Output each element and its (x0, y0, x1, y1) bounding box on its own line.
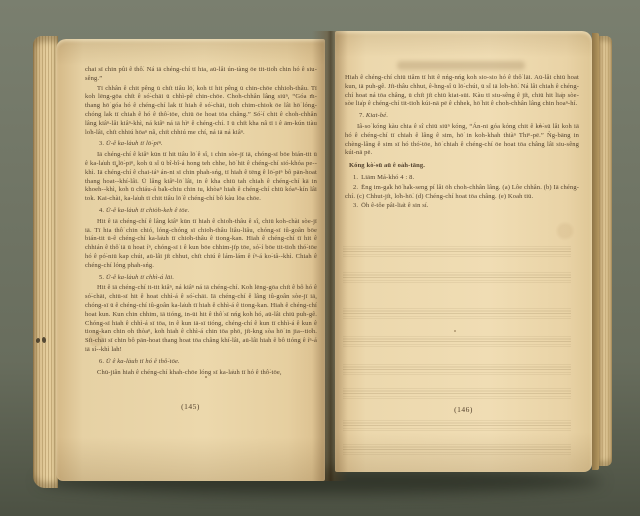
paragraph: Iā chéng-chí ê kiâⁿ kūn tī hit tiâu lō͘ … (85, 151, 317, 204)
section-title: Ū ê ka-la̍uh tī hó ê thô͘-tōe. (106, 358, 180, 365)
section-number: 6. (99, 358, 104, 365)
section-title: Kiat-bé. (366, 112, 388, 119)
bleedthrough-music-staff (343, 272, 571, 283)
section-number: 7. (359, 112, 364, 119)
activity-number: 2. (353, 184, 361, 191)
section-number: 5. (99, 274, 104, 281)
paragraph: Chū-jiân hiah ê chéng-chí khah-chōe lóng… (85, 369, 317, 378)
right-page-text: Hiah ê chéng-chí chiū tiâm tī hit ê nńg-… (345, 74, 579, 212)
activity-item: 3.Ōh ê-tôe pâi-lia̍t ê sin sí. (345, 202, 579, 211)
section-number: 4. (99, 207, 104, 214)
paragraph: Iâ-so͘ kóng kàu chia ê sî chiū siūⁿ kóng… (345, 123, 579, 158)
section-heading: 4. Ū-ê ka-la̍uh tī chio̍h-keh ê tōe. (99, 207, 317, 216)
activity-item: 2.Ēng im-ga̍k hō͘ ha̍k-seng pí lâi ōh ch… (345, 184, 579, 202)
page-number-left: (145) (56, 402, 325, 411)
bleedthrough-music-staff (343, 364, 571, 375)
activity-number: 1. (353, 174, 361, 181)
activity-item: 1.Liām Má-khó 4 : 8. (345, 174, 579, 183)
activity-number: 3. (353, 202, 361, 209)
activity-text: Ēng im-ga̍k hō͘ ha̍k-seng pí lâi ōh choh… (345, 184, 579, 200)
section-title: Ū-ê ka-la̍uh tī chio̍h-keh ê tōe. (106, 207, 189, 214)
section-heading: 5. Ū-ê ka-la̍uh tī chhì-á lāi. (99, 274, 317, 283)
section-heading: 6. Ū ê ka-la̍uh tī hó ê thô͘-tōe. (99, 358, 317, 367)
section-title: Ū-ê ka-la̍uh tī lō͘-piⁿ. (106, 140, 163, 147)
bleedthrough-music-staff (343, 420, 571, 431)
paragraph: Hit ê iā chéng-chí it-tit kiâⁿ, ná kiâⁿ … (85, 284, 317, 354)
activity-text: Liām Má-khó 4 : 8. (361, 174, 414, 181)
right-page-edges-inner (592, 33, 599, 470)
bleedthrough-title (397, 61, 525, 70)
paragraph: chai sī chin pûi ê thô͘. Ná iā chéng-chí… (85, 66, 317, 84)
right-page: Hiah ê chéng-chí chiū tiâm tī hit ê nńg-… (335, 31, 592, 472)
left-page: chai sī chin pûi ê thô͘. Ná iā chéng-chí… (56, 39, 325, 481)
photo-background: chai sī chin pûi ê thô͘. Ná iā chéng-chí… (0, 0, 640, 516)
section-heading: 3. Ū-ê ka-la̍uh tī lō͘-piⁿ. (99, 140, 317, 149)
paragraph: Hit ê iā chéng-chí ê lâng kiâⁿ kūn tī hi… (85, 218, 317, 271)
bleedthrough-music-staff (343, 246, 571, 257)
bleedthrough-music-staff (343, 388, 571, 399)
left-page-text: chai sī chin pûi ê thô͘. Ná iā chéng-chí… (85, 66, 317, 378)
section-title: Ū-ê ka-la̍uh tī chhì-á lāi. (106, 274, 174, 281)
section-heading: 7. Kiat-bé. (359, 112, 579, 121)
right-page-edges-outer (599, 36, 612, 466)
section-number: 3. (99, 140, 104, 147)
left-page-edges (33, 36, 58, 488)
book-gutter (312, 31, 348, 481)
paragraph: Hiah ê chéng-chí chiū tiâm tī hit ê nńg-… (345, 74, 579, 109)
bleedthrough-music-staff (343, 336, 571, 347)
activities-heading: Kóng kò͘-sū aū ê oa̍h-tāng. (349, 162, 579, 171)
page-number-right: (146) (335, 405, 592, 414)
bleedthrough-music-staff (343, 444, 571, 455)
bleedthrough-music-staff (343, 308, 571, 319)
paragraph: Tī chhân ê chit pêng ū chi̍t tiâu lō͘, k… (85, 85, 317, 138)
activity-text: Ōh ê-tôe pâi-lia̍t ê sin sí. (361, 202, 428, 209)
